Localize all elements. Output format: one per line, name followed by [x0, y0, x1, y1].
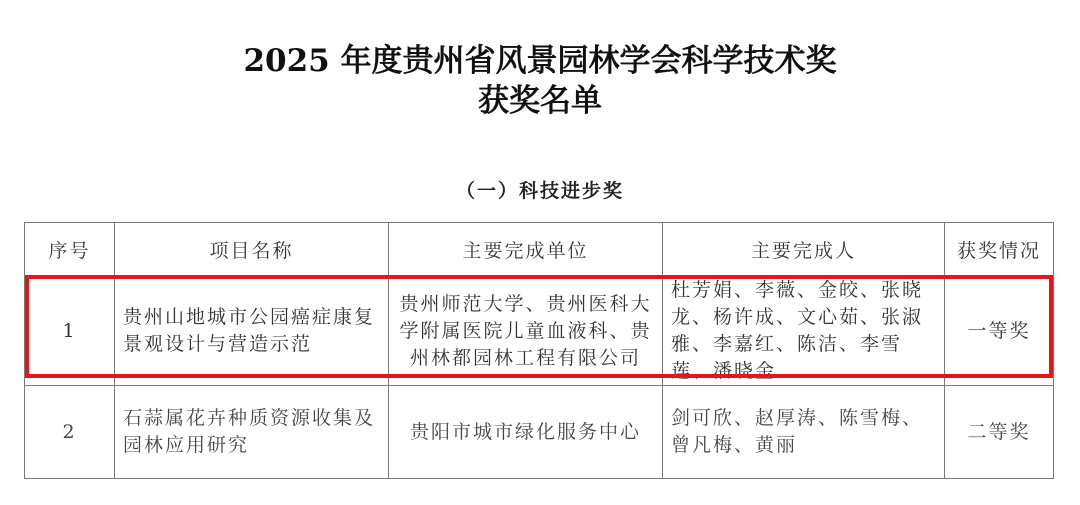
header-award: 获奖情况	[945, 223, 1054, 277]
row-award: 一等奖	[945, 277, 1054, 386]
row-award: 二等奖	[945, 386, 1054, 479]
table-header-row: 序号 项目名称 主要完成单位 主要完成人 获奖情况	[25, 223, 1054, 277]
header-units: 主要完成单位	[389, 223, 663, 277]
table-row: 2 石蒜属花卉种质资源收集及园林应用研究 贵阳市城市绿化服务中心 剑可欣、赵厚涛…	[25, 386, 1054, 479]
row-project: 贵州山地城市公园癌症康复景观设计与营造示范	[115, 277, 389, 386]
document-title: 2025 年度贵州省风景园林学会科学技术奖	[0, 42, 1080, 80]
document-subtitle: 获奖名单	[0, 82, 1080, 120]
row-units: 贵州师范大学、贵州医科大学附属医院儿童血液科、贵州林都园林工程有限公司	[389, 277, 663, 386]
row-units: 贵阳市城市绿化服务中心	[389, 386, 663, 479]
section-heading: （一）科技进步奖	[0, 176, 1080, 203]
table-row: 1 贵州山地城市公园癌症康复景观设计与营造示范 贵州师范大学、贵州医科大学附属医…	[25, 277, 1054, 386]
awards-table: 序号 项目名称 主要完成单位 主要完成人 获奖情况 1 贵州山地城市公园癌症康复…	[24, 222, 1054, 479]
header-people: 主要完成人	[663, 223, 945, 277]
row-people: 杜芳娟、李薇、金皎、张晓龙、杨许成、文心茹、张淑雅、李嘉红、陈洁、李雪莲、潘晓金	[663, 277, 945, 386]
header-project: 项目名称	[115, 223, 389, 277]
row-project: 石蒜属花卉种质资源收集及园林应用研究	[115, 386, 389, 479]
row-index: 2	[25, 386, 115, 479]
row-index: 1	[25, 277, 115, 386]
row-people: 剑可欣、赵厚涛、陈雪梅、曾凡梅、黄丽	[663, 386, 945, 479]
header-index: 序号	[25, 223, 115, 277]
